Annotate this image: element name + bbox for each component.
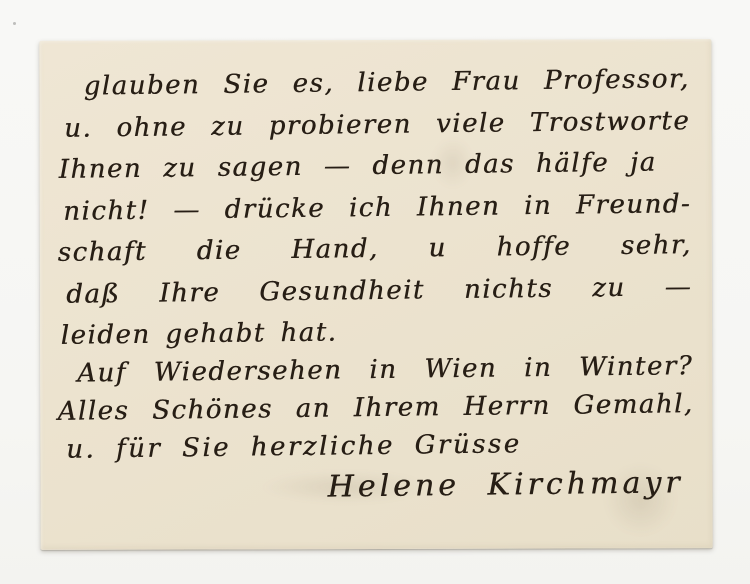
scan-background: glauben Sie es, liebe Frau Professor, u.… — [0, 0, 750, 584]
letter-body: glauben Sie es, liebe Frau Professor, u.… — [37, 36, 715, 508]
handwritten-postcard: glauben Sie es, liebe Frau Professor, u.… — [39, 39, 712, 550]
signature: Helene Kirchmayr — [42, 465, 694, 508]
dust-speck — [13, 22, 16, 25]
